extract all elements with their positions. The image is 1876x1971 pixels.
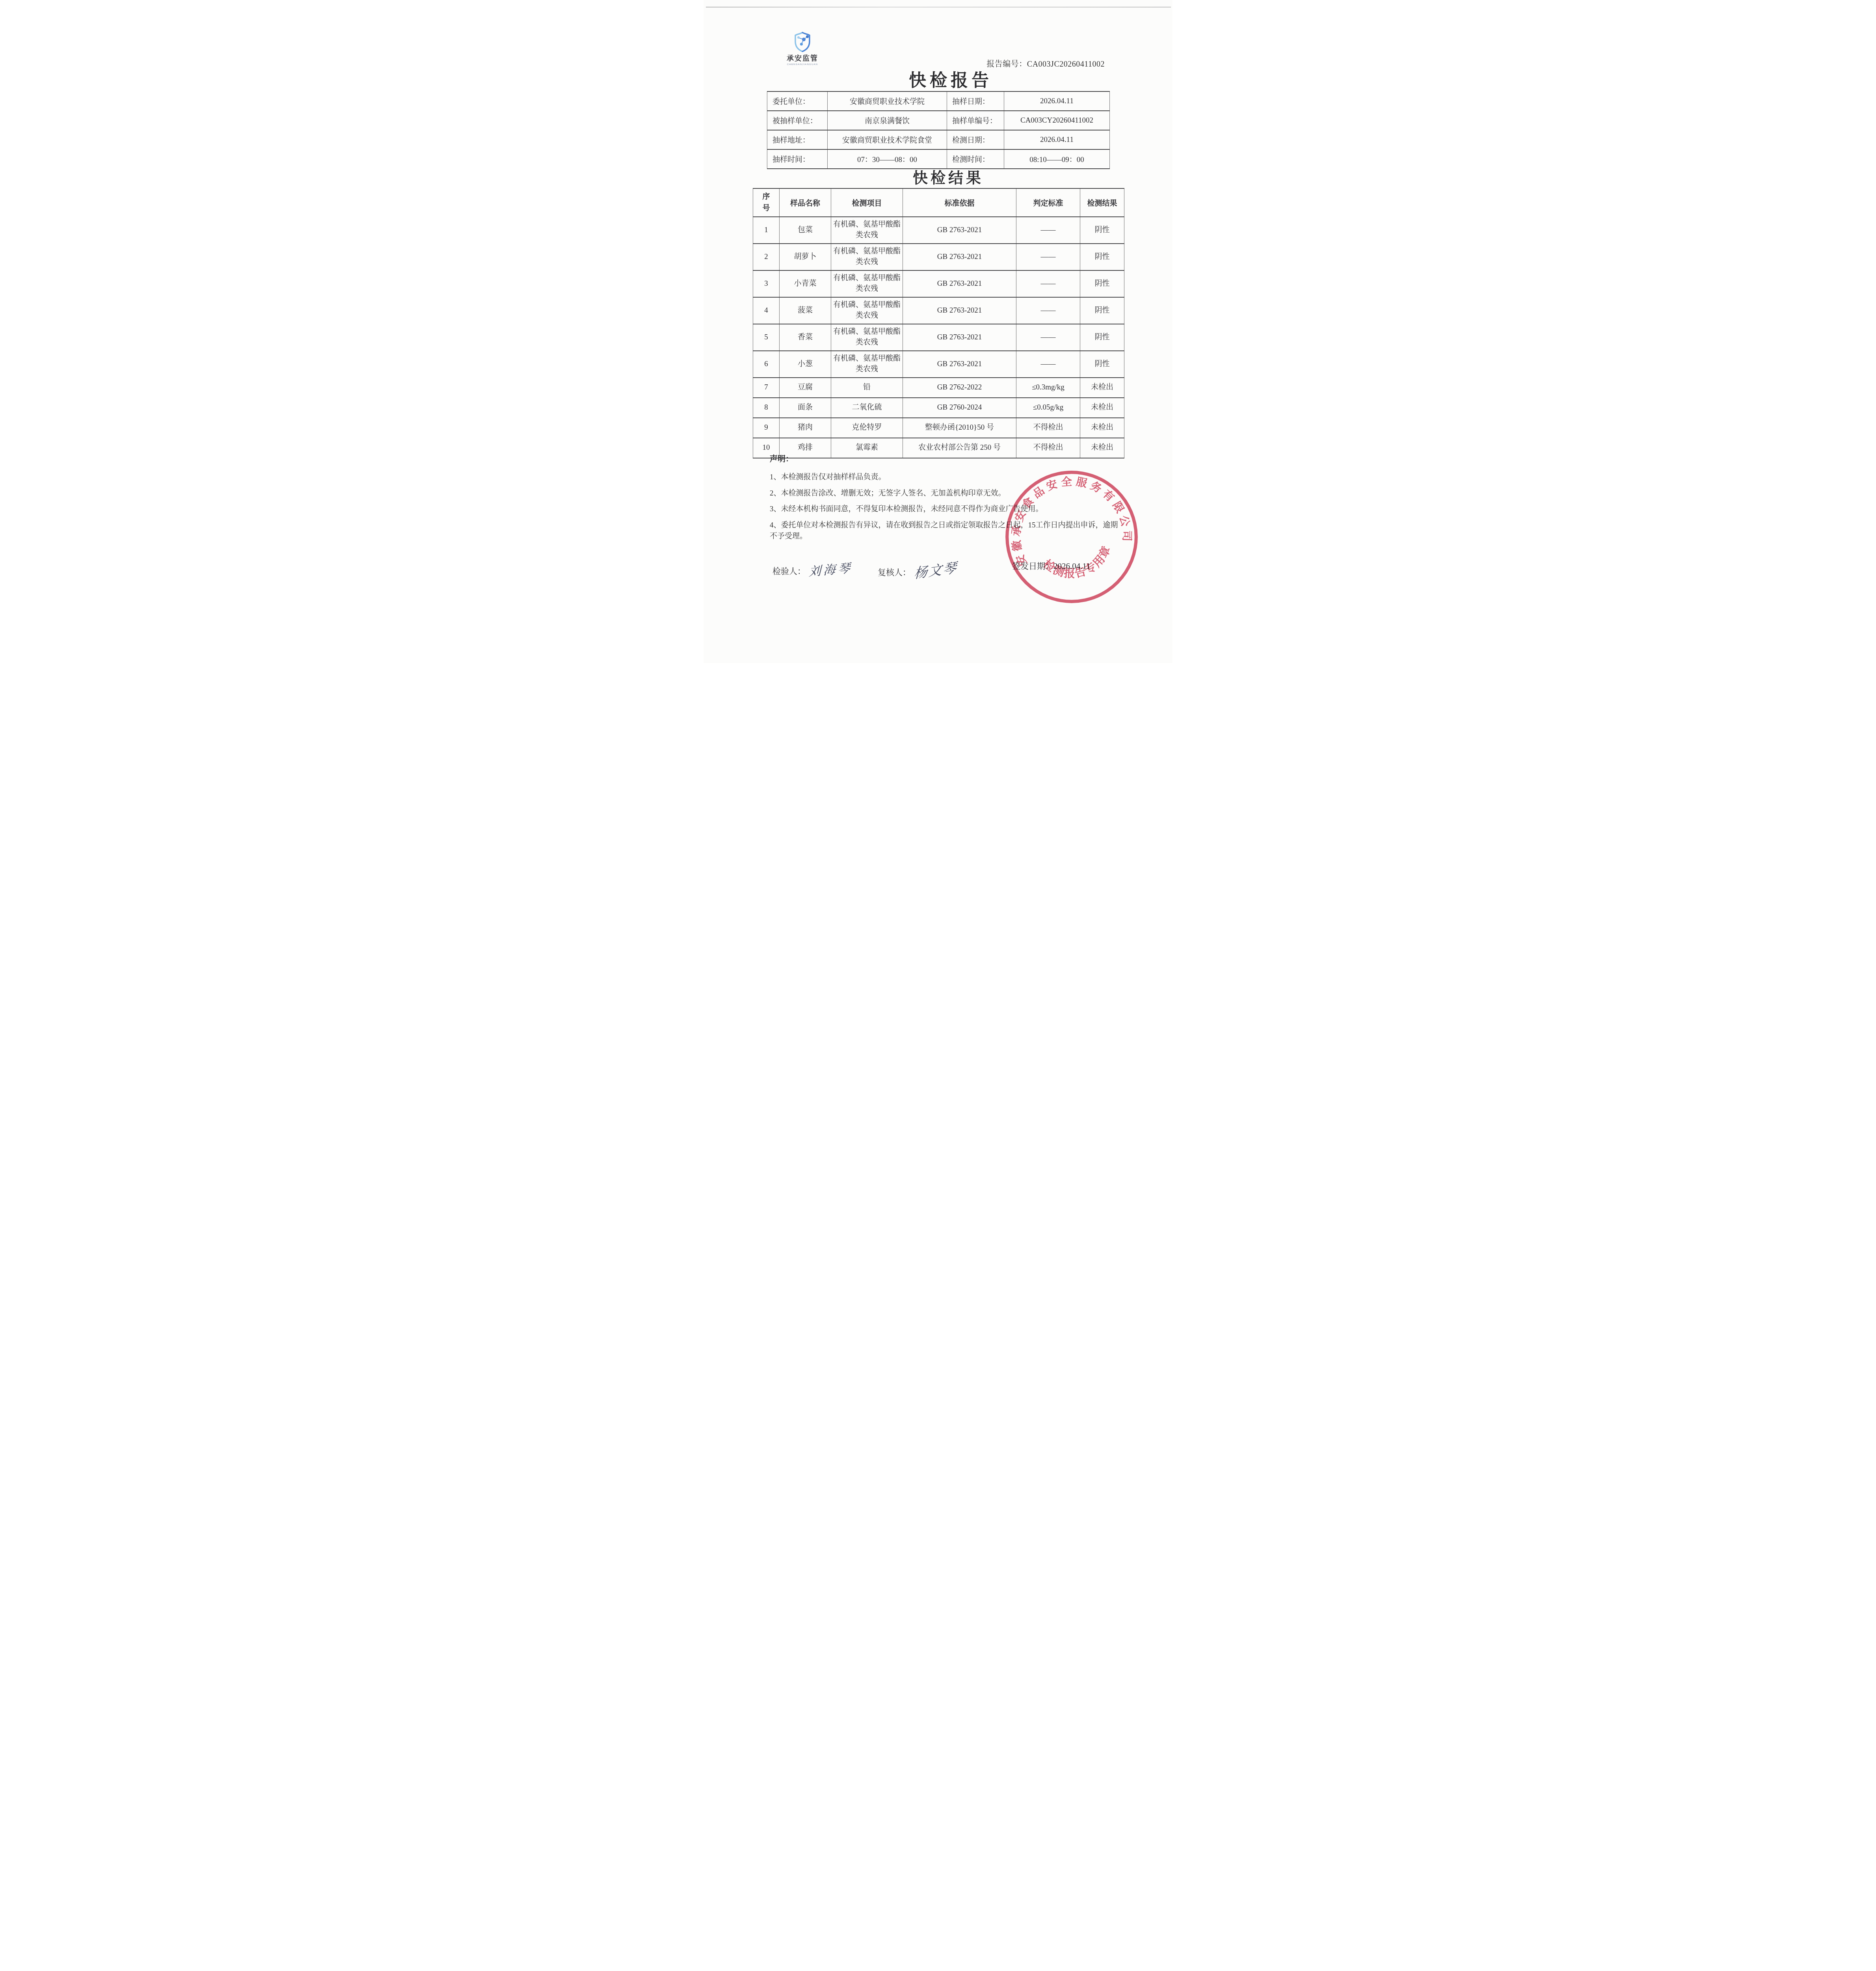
result-cell: 未检出 (1080, 418, 1124, 438)
result-cell: 有机磷、氨基甲酸酯类农残 (831, 270, 903, 297)
result-cell: 4 (753, 297, 780, 324)
reviewer-signature: 复核人：杨文琴 (878, 560, 958, 579)
result-cell: 8 (753, 398, 780, 418)
info-value: CA003CY20260411002 (1004, 111, 1110, 130)
table-row: 9 猪肉 克伦特罗 整顿办函{2010}50 号 不得检出 未检出 (753, 418, 1124, 438)
result-cell: 阴性 (1080, 270, 1124, 297)
result-cell: 6 (753, 351, 780, 378)
info-label: 抽样地址： (767, 130, 828, 149)
statement-item: 2、本检测报告涂改、增删无效；无签字人签名、无加盖机构印章无效。 (770, 488, 1125, 499)
result-cell: 猪肉 (780, 418, 831, 438)
result-cell: 小青菜 (780, 270, 831, 297)
table-row: 7 豆腐 铅 GB 2762-2022 ≤0.3mg/kg 未检出 (753, 378, 1124, 398)
result-cell: 阴性 (1080, 324, 1124, 351)
result-cell: 面条 (780, 398, 831, 418)
result-cell: 铅 (831, 378, 903, 398)
issue-date-value: 2026.04.11 (1053, 561, 1091, 571)
result-cell: 香菜 (780, 324, 831, 351)
info-label: 委托单位： (767, 91, 828, 111)
result-cell: 胡萝卜 (780, 244, 831, 270)
result-cell: 3 (753, 270, 780, 297)
table-row: 3 小青菜 有机磷、氨基甲酸酯类农残 GB 2763-2021 —— 阴性 (753, 270, 1124, 297)
result-cell: GB 2763-2021 (903, 270, 1016, 297)
table-row: 4 菠菜 有机磷、氨基甲酸酯类农残 GB 2763-2021 —— 阴性 (753, 297, 1124, 324)
info-value: 安徽商贸职业技术学院食堂 (828, 130, 947, 149)
result-cell: 5 (753, 324, 780, 351)
page-title: 快检报告 (703, 66, 1172, 91)
statement-title: 声明： (770, 453, 1125, 464)
result-cell: —— (1016, 324, 1080, 351)
result-cell: —— (1016, 217, 1080, 244)
reviewer-handwritten-name: 杨文琴 (914, 557, 958, 582)
info-label: 抽样日期： (947, 91, 1004, 111)
result-cell: ≤0.3mg/kg (1016, 378, 1080, 398)
result-title: 快检结果 (703, 166, 1172, 187)
result-cell: GB 2763-2021 (903, 297, 1016, 324)
result-cell: 克伦特罗 (831, 418, 903, 438)
result-cell: 9 (753, 418, 780, 438)
result-cell: GB 2763-2021 (903, 217, 1016, 244)
column-header: 序号 (753, 188, 780, 217)
result-cell: 二氧化硫 (831, 398, 903, 418)
inspector-label: 检验人： (772, 566, 806, 576)
logo: 承安监管 CHENGANJIANGUAN (784, 32, 821, 66)
result-cell: —— (1016, 270, 1080, 297)
result-cell: 整顿办函{2010}50 号 (903, 418, 1016, 438)
result-cell: 包菜 (780, 217, 831, 244)
report-page: 承安监管 CHENGANJIANGUAN 报告编号：CA003JC2026041… (703, 0, 1172, 663)
table-row: 被抽样单位： 南京泉满餐饮 抽样单编号： CA003CY20260411002 (767, 111, 1110, 130)
column-header: 判定标准 (1016, 188, 1080, 217)
column-header: 检测项目 (831, 188, 903, 217)
statement-item: 4、委托单位对本检测报告有异议，请在收到报告之日或指定领取报告之日起，15工作日… (770, 520, 1125, 542)
result-cell: 有机磷、氨基甲酸酯类农残 (831, 324, 903, 351)
table-row: 委托单位： 安徽商贸职业技术学院 抽样日期： 2026.04.11 (767, 91, 1110, 111)
table-row: 抽样地址： 安徽商贸职业技术学院食堂 检测日期： 2026.04.11 (767, 130, 1110, 149)
result-cell: 1 (753, 217, 780, 244)
result-cell: 7 (753, 378, 780, 398)
info-value: 南京泉满餐饮 (828, 111, 947, 130)
result-cell: 阴性 (1080, 244, 1124, 270)
result-cell: 有机磷、氨基甲酸酯类农残 (831, 297, 903, 324)
result-cell: GB 2762-2022 (903, 378, 1016, 398)
info-value: 2026.04.11 (1004, 130, 1110, 149)
result-cell: —— (1016, 351, 1080, 378)
info-value: 2026.04.11 (1004, 91, 1110, 111)
result-cell: ≤0.05g/kg (1016, 398, 1080, 418)
result-cell: —— (1016, 244, 1080, 270)
result-cell: 有机磷、氨基甲酸酯类农残 (831, 217, 903, 244)
table-row: 6 小葱 有机磷、氨基甲酸酯类农残 GB 2763-2021 —— 阴性 (753, 351, 1124, 378)
info-table: 委托单位： 安徽商贸职业技术学院 抽样日期： 2026.04.11 被抽样单位：… (767, 91, 1110, 169)
result-cell: —— (1016, 297, 1080, 324)
logo-subtext: CHENGANJIANGUAN (784, 63, 821, 66)
statement-item: 1、本检测报告仅对抽样样品负责。 (770, 472, 1125, 483)
result-cell: 有机磷、氨基甲酸酯类农残 (831, 351, 903, 378)
reviewer-label: 复核人： (878, 568, 911, 577)
issue-date: 签发日期：2026.04.11 (1012, 560, 1091, 572)
table-header-row: 序号 样品名称 检测项目 标准依据 判定标准 检测结果 (753, 188, 1124, 217)
issue-date-label: 签发日期： (1012, 561, 1053, 571)
result-cell: 菠菜 (780, 297, 831, 324)
info-label: 被抽样单位： (767, 111, 828, 130)
inspector-signature: 检验人：刘海琴 (772, 560, 852, 578)
result-cell: 小葱 (780, 351, 831, 378)
info-label: 检测日期： (947, 130, 1004, 149)
shield-molecule-icon (793, 32, 812, 52)
result-cell: 豆腐 (780, 378, 831, 398)
column-header: 样品名称 (780, 188, 831, 217)
table-row: 1 包菜 有机磷、氨基甲酸酯类农残 GB 2763-2021 —— 阴性 (753, 217, 1124, 244)
result-cell: 2 (753, 244, 780, 270)
statement-section: 声明： 1、本检测报告仅对抽样样品负责。 2、本检测报告涂改、增删无效；无签字人… (770, 453, 1125, 547)
column-header: 标准依据 (903, 188, 1016, 217)
result-cell: 未检出 (1080, 378, 1124, 398)
logo-text: 承安监管 (784, 53, 821, 63)
scan-artifact-line (706, 7, 1171, 7)
inspector-handwritten-name: 刘海琴 (809, 558, 852, 579)
info-label: 抽样单编号： (947, 111, 1004, 130)
info-value: 安徽商贸职业技术学院 (828, 91, 947, 111)
result-cell: 未检出 (1080, 398, 1124, 418)
statement-item: 3、未经本机构书面同意，不得复印本检测报告，未经同意不得作为商业广告使用。 (770, 504, 1125, 515)
table-row: 5 香菜 有机磷、氨基甲酸酯类农残 GB 2763-2021 —— 阴性 (753, 324, 1124, 351)
result-cell: GB 2763-2021 (903, 324, 1016, 351)
column-header: 检测结果 (1080, 188, 1124, 217)
result-cell: 不得检出 (1016, 418, 1080, 438)
result-cell: GB 2763-2021 (903, 244, 1016, 270)
signature-row: 检验人：刘海琴 复核人：杨文琴 签发日期：2026.04.11 (772, 553, 1143, 588)
table-row: 2 胡萝卜 有机磷、氨基甲酸酯类农残 GB 2763-2021 —— 阴性 (753, 244, 1124, 270)
result-cell: GB 2760-2024 (903, 398, 1016, 418)
result-cell: 阴性 (1080, 297, 1124, 324)
result-table: 序号 样品名称 检测项目 标准依据 判定标准 检测结果 1 包菜 有机磷、氨基甲… (753, 188, 1124, 458)
result-cell: 阴性 (1080, 217, 1124, 244)
result-cell: GB 2763-2021 (903, 351, 1016, 378)
result-cell: 有机磷、氨基甲酸酯类农残 (831, 244, 903, 270)
table-row: 8 面条 二氧化硫 GB 2760-2024 ≤0.05g/kg 未检出 (753, 398, 1124, 418)
result-cell: 阴性 (1080, 351, 1124, 378)
